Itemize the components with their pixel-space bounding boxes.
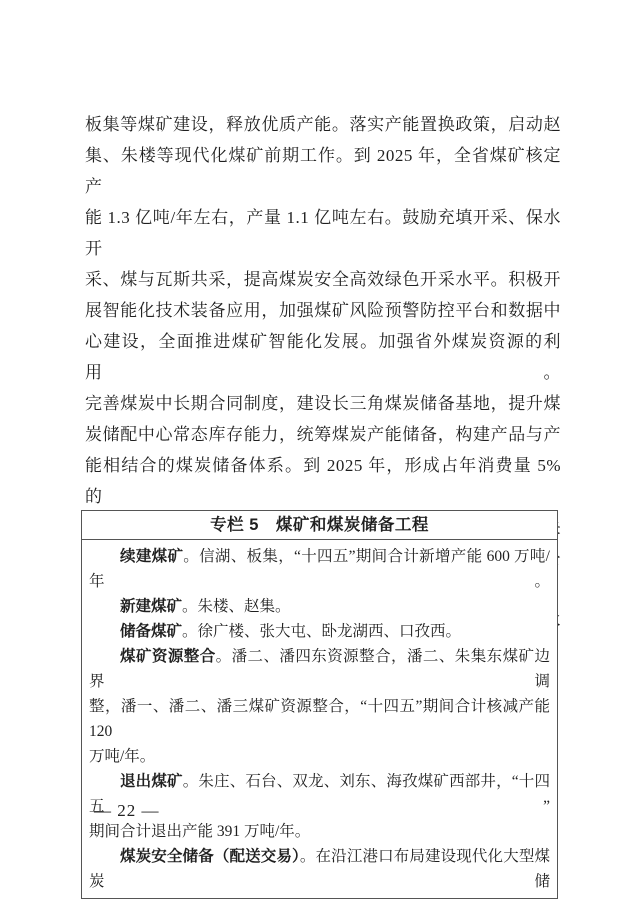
box-text: 期间合计退出产能 391 万吨/年。 (89, 823, 310, 840)
paragraph-line: 集、朱楼等现代化煤矿前期工作。到 2025 年，全省煤矿核定产 (85, 140, 561, 202)
callout-box-body: 续建煤矿。信湖、板集，“十四五”期间合计新增产能 600 万吨/年。 新建煤矿。… (82, 540, 557, 898)
box-line: 煤矿资源整合。潘二、潘四东资源整合，潘二、朱集东煤矿边界调 (89, 644, 550, 694)
box-line: 万吨/年。 (89, 744, 550, 769)
callout-box-title: 专栏 5 煤矿和煤炭储备工程 (82, 511, 557, 540)
paragraph-line: 采、煤与瓦斯共采，提高煤炭安全高效绿色开采水平。积极开 (85, 264, 561, 295)
document-page: 板集等煤矿建设，释放优质产能。落实产能置换政策，启动赵 集、朱楼等现代化煤矿前期… (0, 0, 640, 905)
box-line: 储备煤矿。徐广楼、张大屯、卧龙湖西、口孜西。 (89, 619, 550, 644)
box-text: 整，潘一、潘二、潘三煤矿资源整合，“十四五”期间合计核减产能 120 (89, 698, 550, 740)
box-line: 新建煤矿。朱楼、赵集。 (89, 594, 550, 619)
box-text: 。徐广楼、张大屯、卧龙湖西、口孜西。 (182, 623, 461, 640)
paragraph-line: 能 1.3 亿吨/年左右，产量 1.1 亿吨左右。鼓励充填开采、保水开 (85, 202, 561, 264)
paragraph-line: 能相结合的煤炭储备体系。到 2025 年，形成占年消费量 5%的 (85, 450, 561, 512)
box-term: 煤炭安全储备（配送交易） (120, 848, 300, 865)
box-line: 期间合计退出产能 391 万吨/年。 (89, 819, 550, 844)
paragraph-line: 心建设，全面推进煤矿智能化发展。加强省外煤炭资源的利用。 (85, 326, 561, 388)
box-text: 万吨/年。 (89, 748, 155, 765)
paragraph-line: 板集等煤矿建设，释放优质产能。落实产能置换政策，启动赵 (85, 109, 561, 140)
paragraph-line: 完善煤炭中长期合同制度，建设长三角煤炭储备基地，提升煤 (85, 388, 561, 419)
box-line: 续建煤矿。信湖、板集，“十四五”期间合计新增产能 600 万吨/年。 (89, 544, 550, 594)
box-term: 退出煤矿 (120, 773, 183, 790)
box-term: 煤矿资源整合 (120, 648, 216, 665)
box-line: 煤炭安全储备（配送交易）。在沿江港口布局建设现代化大型煤炭储 (89, 844, 550, 894)
box-term: 新建煤矿 (120, 598, 182, 615)
callout-box-coal-projects: 专栏 5 煤矿和煤炭储备工程 续建煤矿。信湖、板集，“十四五”期间合计新增产能 … (81, 510, 558, 899)
box-line: 整，潘一、潘二、潘三煤矿资源整合，“十四五”期间合计核减产能 120 (89, 694, 550, 744)
page-number: — 22 — (94, 801, 160, 821)
paragraph-line: 炭储配中心常态库存能力，统筹煤炭产能储备，构建产品与产 (85, 419, 561, 450)
box-term: 储备煤矿 (120, 623, 182, 640)
box-text: 。朱楼、赵集。 (182, 598, 291, 615)
paragraph-line: 展智能化技术装备应用，加强煤矿风险预警防控平台和数据中 (85, 295, 561, 326)
box-term: 续建煤矿 (120, 548, 183, 565)
